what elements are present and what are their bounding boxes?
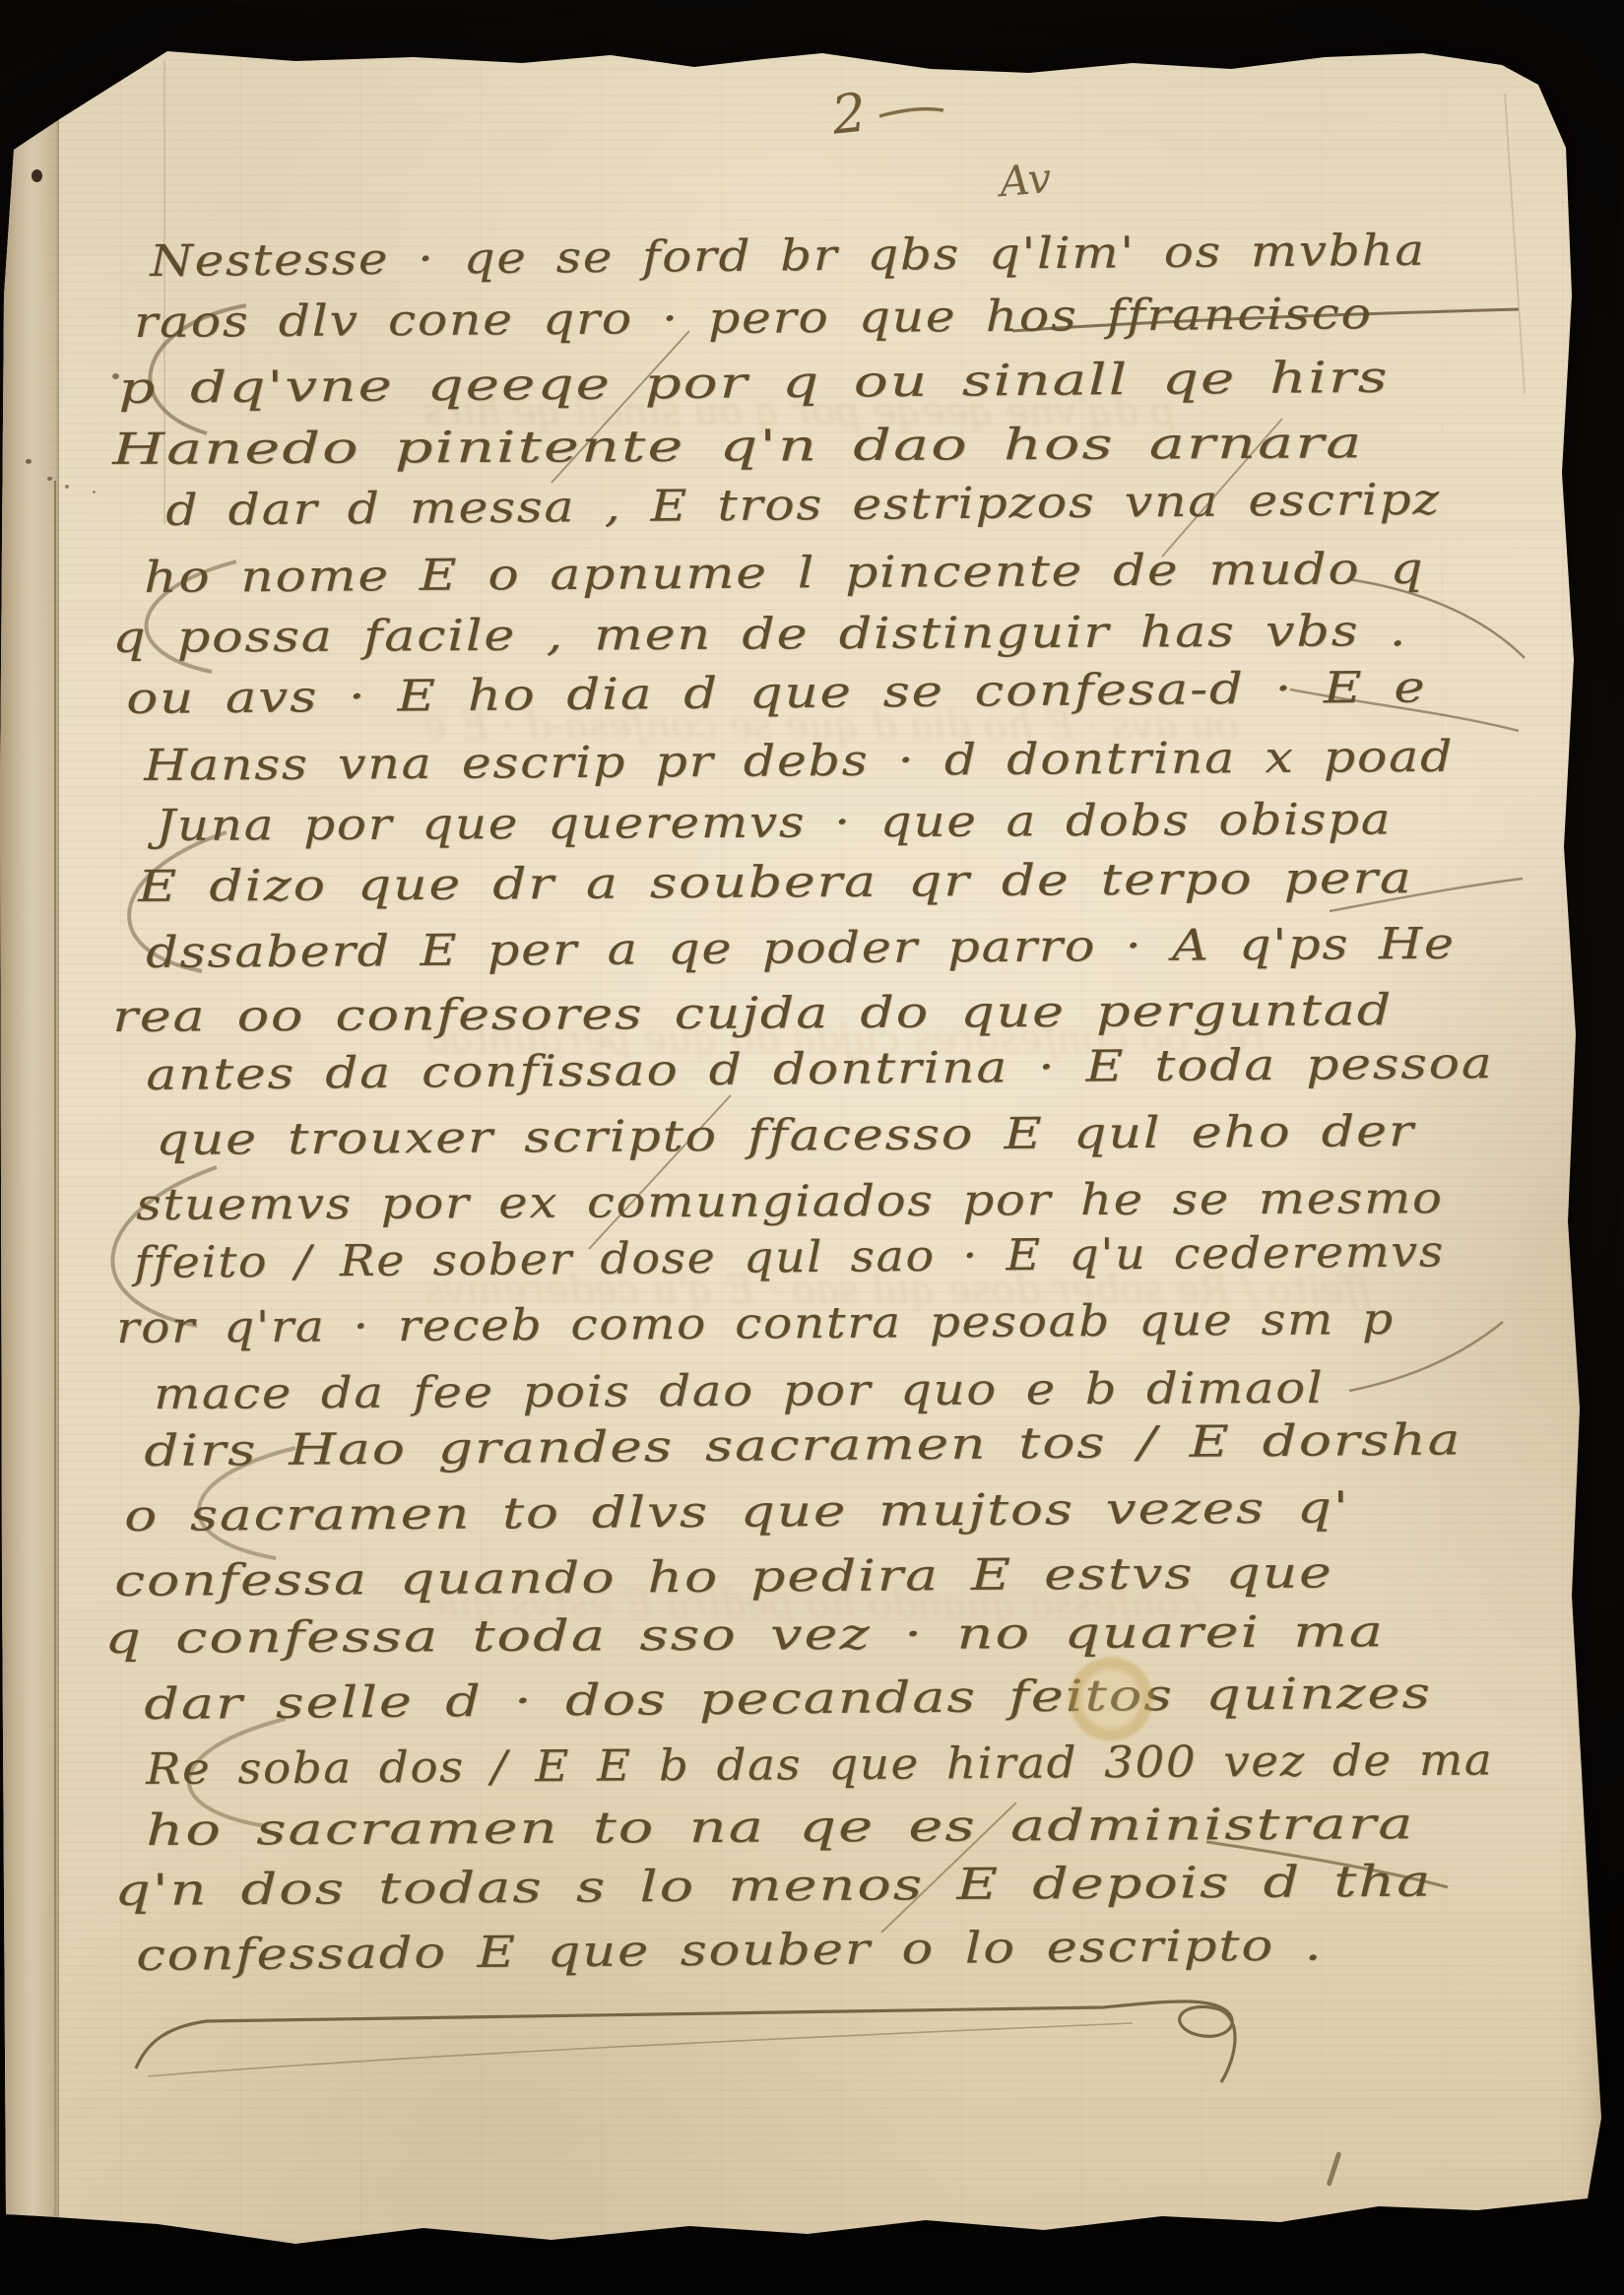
manuscript-line: Nestesse · qe se ford br qbs q'lim' os m…: [150, 224, 1426, 290]
ink-speck: [65, 485, 69, 489]
manuscript-line: d dar d messa , E tros estripzos vna esc…: [165, 473, 1441, 539]
manuscript-page: p dq'vne qeeqe por q ou sinall qe hirsou…: [0, 0, 1624, 2295]
manuscript-line: q confessa toda sso vez · no quarei ma: [104, 1605, 1385, 1667]
manuscript-line: q'n dos todas s lo menos E depois d tha: [114, 1855, 1432, 1919]
handwritten-text-block: Nestesse · qe se ford br qbs q'lim' os m…: [0, 0, 1624, 2295]
manuscript-line: raos dlv cone qro · pero que hos ffranci…: [134, 287, 1373, 351]
manuscript-line: ho sacramen to na qe es administrara: [146, 1797, 1415, 1859]
ink-speck: [26, 459, 32, 464]
manuscript-line: antes da confissao d dontrina · E toda p…: [146, 1036, 1494, 1103]
manuscript-line: Re soba dos / E E b das que hirad 300 ve…: [146, 1733, 1493, 1798]
manuscript-line: Juna por que queremvs · que a dobs obisp…: [156, 792, 1392, 854]
manuscript-line: ror q'ra · receb como contra pesoab que …: [116, 1292, 1395, 1356]
manuscript-line: p dq'vne qeeqe por q ou sinall qe hirs: [118, 351, 1390, 417]
manuscript-line: stuemvs por ex comungiados por he se mes…: [136, 1171, 1444, 1233]
manuscript-line: confessa quando ho pedira E estvs que: [114, 1545, 1333, 1609]
ink-speck: [93, 491, 96, 493]
manuscript-line: ffeito / Re sober dose qul sao · E q'u c…: [134, 1224, 1445, 1291]
manuscript-line: dssaberd E per a qe poder parro · A q'ps…: [146, 917, 1456, 981]
manuscript-photo: { "manuscript": { "folio_number": "2", "…: [0, 0, 1624, 2295]
manuscript-line: E dizo que dr a soubera qr de terpo pera: [138, 851, 1413, 915]
manuscript-line: confessado E que souber o lo escripto .: [136, 1918, 1323, 1984]
manuscript-line: ou avs · E ho dia d que se confesa-d · E…: [126, 660, 1427, 727]
manuscript-line: ho nome E o apnume l pincente de mudo q: [144, 542, 1425, 606]
manuscript-line: Hanedo pinitente q'n dao hos arnara: [112, 416, 1364, 478]
manuscript-line: dirs Hao grandes sacramen tos / E dorsha: [144, 1412, 1462, 1479]
ink-speck: [47, 477, 52, 481]
manuscript-line: o sacramen to dlvs que mujtos vezes q': [124, 1480, 1350, 1544]
manuscript-line: Hanss vna escrip pr debs · d dontrina x …: [144, 730, 1454, 794]
manuscript-line: q possa facile , men de distinguir has v…: [112, 604, 1407, 666]
manuscript-line: que trouxer scripto ffacesso E qul eho d…: [156, 1104, 1415, 1168]
manuscript-line: dar selle d · dos pecandas feitos quinze…: [144, 1667, 1432, 1733]
ink-speck: [112, 373, 119, 379]
photo-background: p dq'vne qeeqe por q ou sinall qe hirsou…: [0, 0, 1624, 2295]
stain-mark: [1066, 1655, 1156, 1743]
manuscript-line: mace da fee pois dao por quo e b dimaol: [154, 1361, 1325, 1422]
wormhole: [32, 169, 42, 182]
manuscript-line: rea oo confesores cujda do que perguntad: [112, 983, 1393, 1045]
